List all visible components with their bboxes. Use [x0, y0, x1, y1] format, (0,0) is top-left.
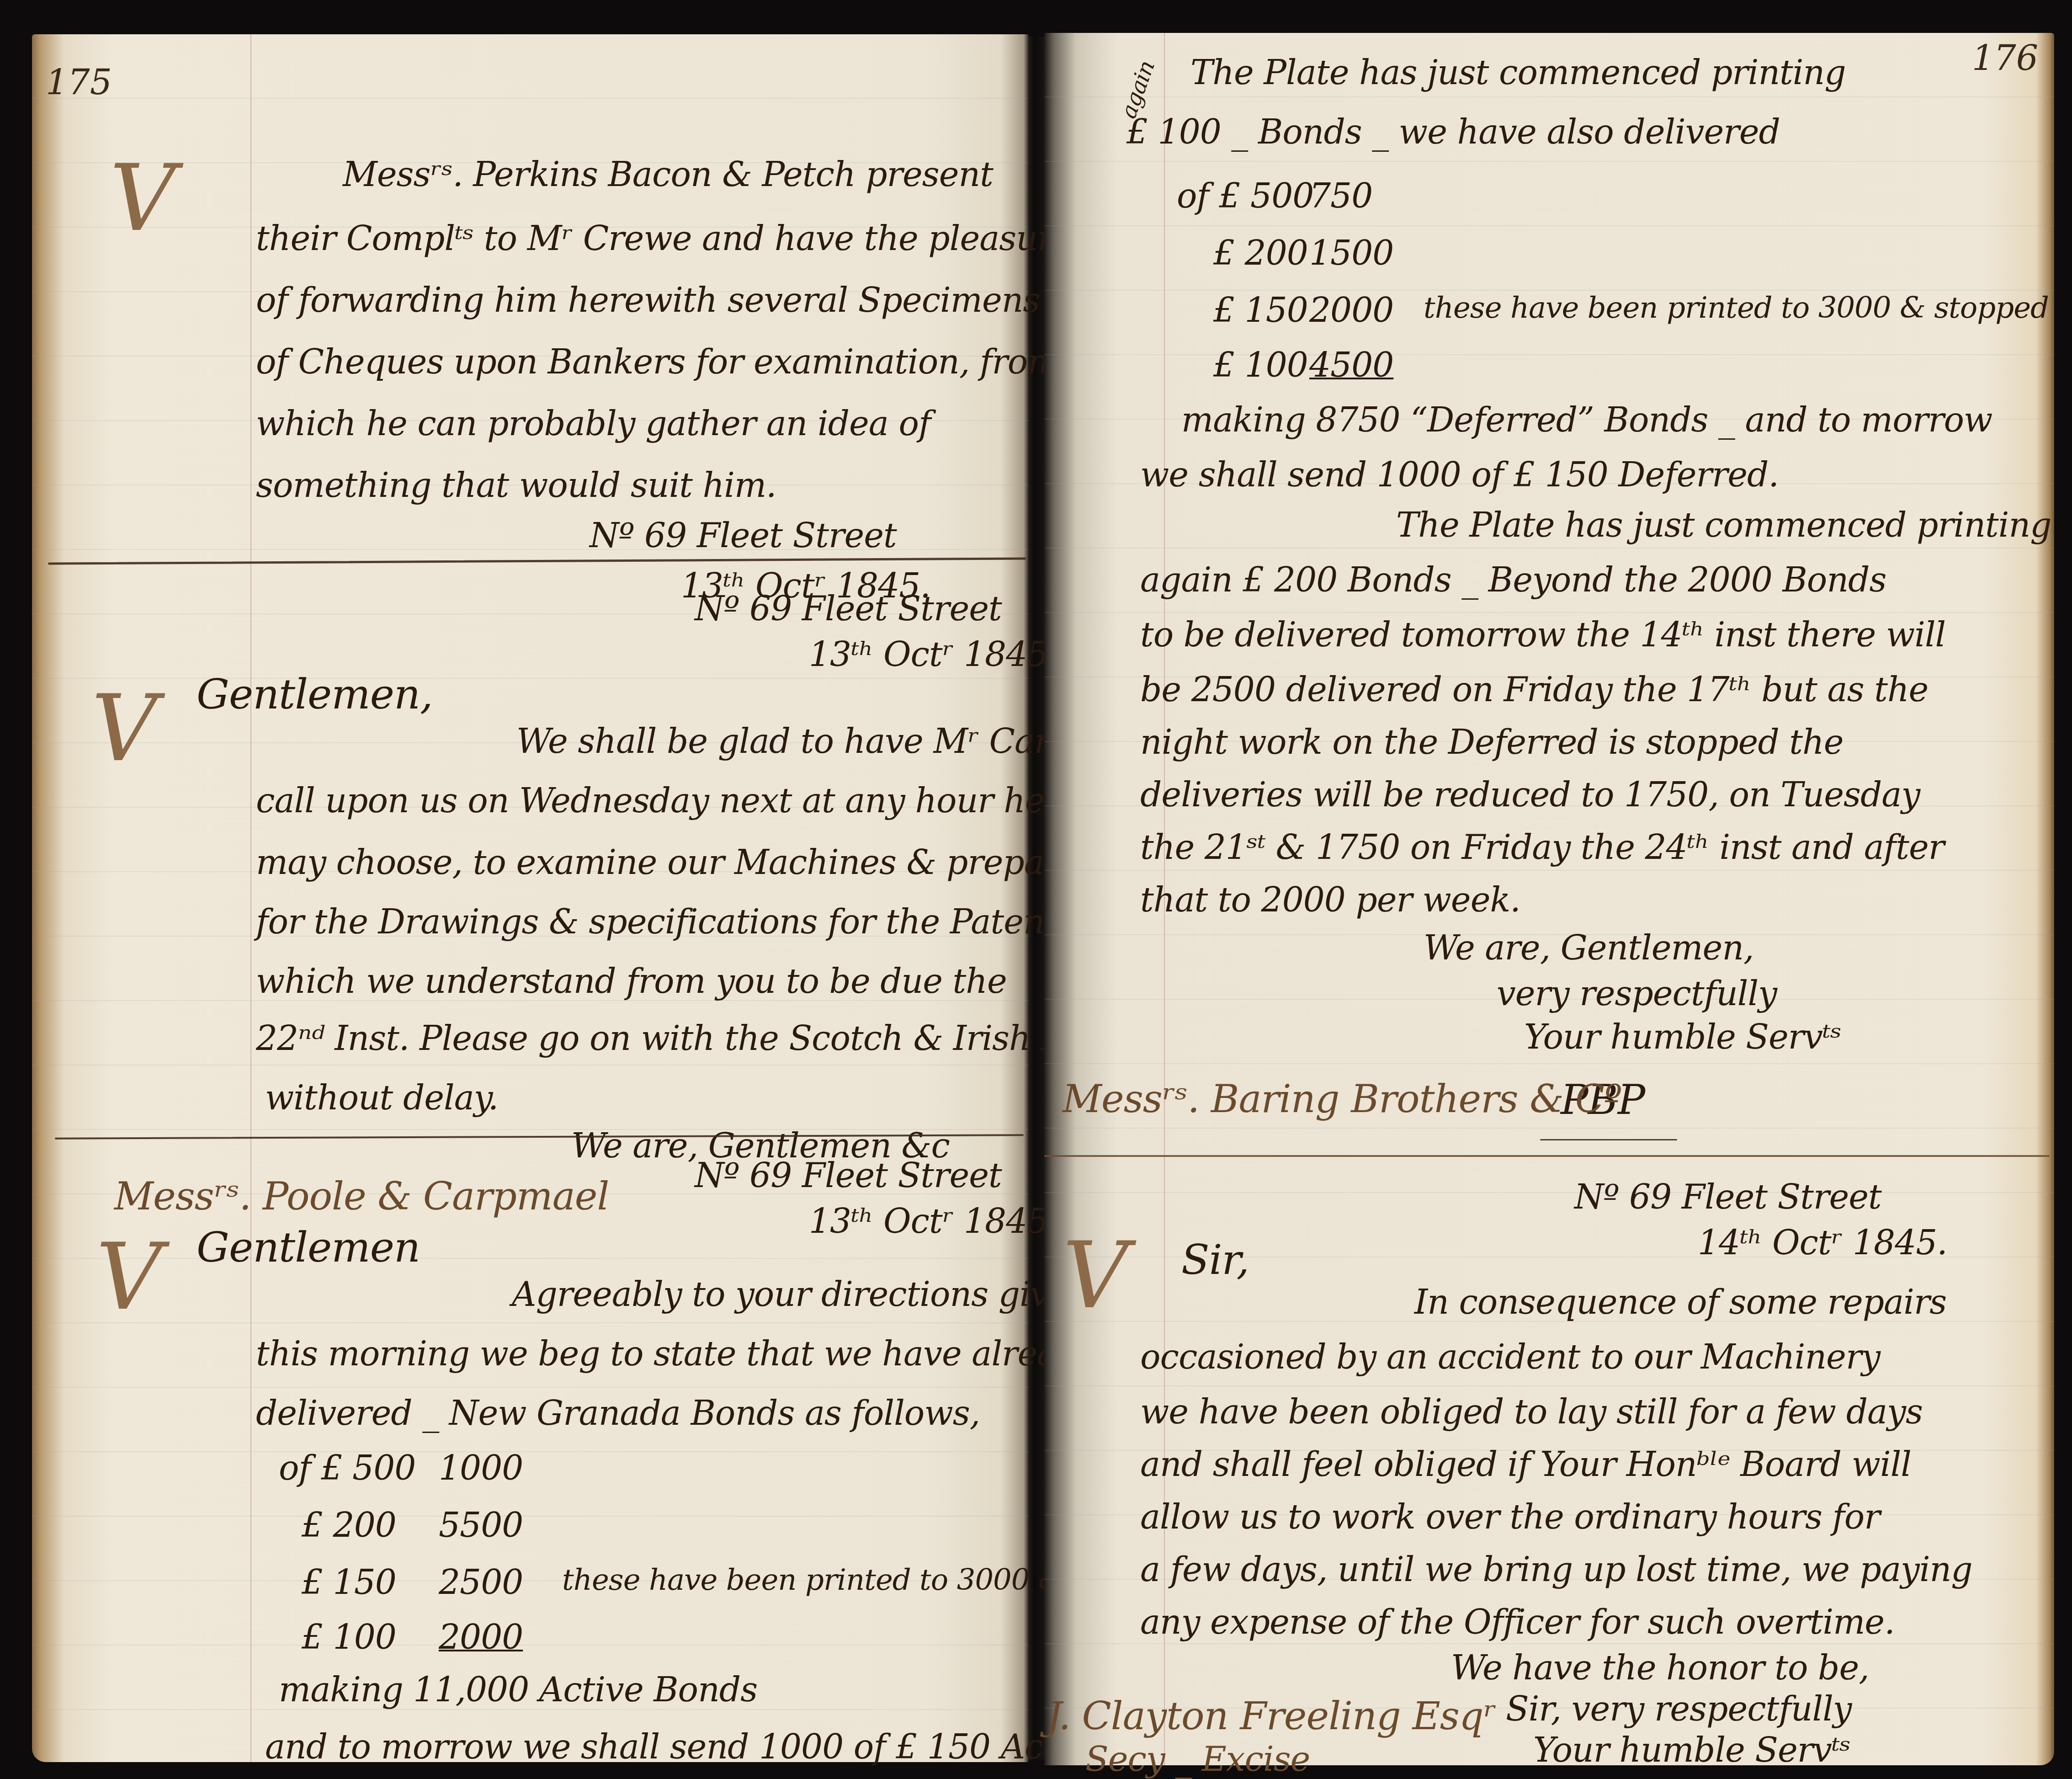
bond-count: 2000	[439, 1620, 523, 1654]
letter-date: 13ᵗʰ Octʳ 1845.	[809, 1204, 1058, 1238]
letter-line: we have been obliged to lay still for a …	[1140, 1395, 1923, 1429]
letter-closing: We are, Gentlemen,	[1424, 931, 1754, 965]
letter-addressee: Messʳˢ. Baring Brothers & Cº	[1063, 1080, 1621, 1118]
letter-closing: We have the honor to be,	[1451, 1651, 1869, 1685]
letter-line: and shall feel obliged if Your Honᵇˡᵉ Bo…	[1140, 1448, 1911, 1481]
letter-line: which he can probably gather an idea of	[256, 407, 930, 441]
letter-line: again £ 200 Bonds _ Beyond the 2000 Bond…	[1140, 563, 1886, 597]
bond-denomination: £ 150	[302, 1566, 396, 1599]
letter-line: without delay.	[265, 1081, 498, 1115]
letter-address: Nº 69 Fleet Street	[695, 1159, 1002, 1193]
letter-line: of forwarding him herewith several Speci…	[256, 283, 1040, 317]
letter-line: deliveries will be reduced to 1750, on T…	[1140, 778, 1920, 812]
letter-divider	[1044, 1155, 2050, 1157]
check-mark-icon: V	[91, 683, 157, 775]
letter-line: that to 2000 per week.	[1140, 883, 1520, 917]
bond-count: 5500	[439, 1508, 523, 1542]
bond-count: 1000	[439, 1451, 523, 1485]
letter-date: 14ᵗʰ Octʳ 1845.	[1698, 1226, 1947, 1260]
letter-address: Nº 69 Fleet Street	[1574, 1180, 1881, 1214]
letter-line: the 21ˢᵗ & 1750 on Friday the 24ᵗʰ inst …	[1140, 831, 1944, 864]
letter-line: something that would suit him.	[256, 469, 776, 502]
addressee-title: Secy _ Excise	[1085, 1742, 1310, 1776]
letter-closing: very respectfully	[1497, 977, 1777, 1011]
margin-note: again	[1117, 58, 1158, 121]
letter-line: Agreeably to your directions given	[512, 1278, 1089, 1311]
letter-addressee: Messʳˢ. Poole & Carpmael	[114, 1177, 609, 1215]
letter-address: Nº 69 Fleet Street	[590, 519, 897, 553]
bond-denomination: £ 100	[1213, 348, 1308, 382]
letter-line: night work on the Deferred is stopped th…	[1140, 725, 1843, 759]
letter-closing: Your humble Servᵗˢ	[1524, 1020, 1841, 1054]
letter-line: The Plate has just commenced printing	[1190, 56, 1846, 90]
bond-denomination: £ 200	[1213, 236, 1308, 270]
margin-rule	[250, 34, 251, 1762]
letter-closing: Sir, very respectfully	[1506, 1692, 1852, 1726]
bond-denomination: £ 150	[1213, 293, 1308, 327]
letter-closing: Your humble Servᵗˢ	[1533, 1733, 1850, 1767]
letter-salutation: Sir,	[1181, 1240, 1249, 1281]
letter-address: Nº 69 Fleet Street	[695, 592, 1002, 626]
signature-rule	[1540, 1139, 1677, 1140]
letter-line: Messʳˢ. Perkins Bacon & Petch present	[343, 158, 993, 192]
letter-date: 13ᵗʰ Octʳ 1845	[809, 638, 1048, 671]
bond-total: making 11,000 Active Bonds	[279, 1673, 757, 1707]
folio-number: 175	[46, 62, 112, 102]
bond-denomination: £ 200	[302, 1508, 396, 1542]
letter-line: we shall send 1000 of £ 150 Deferred.	[1140, 458, 1779, 492]
letter-line: for the Drawings & specifications for th…	[256, 905, 1074, 939]
check-mark-icon: V	[110, 153, 175, 245]
letter-line: of Cheques upon Bankers for examination,…	[256, 345, 1059, 379]
bond-count: 2000	[1309, 293, 1393, 327]
bond-count: 750	[1309, 179, 1372, 213]
bond-denomination: of £ 500	[279, 1451, 415, 1485]
letter-line: £ 100 _ Bonds _ we have also delivered	[1126, 115, 1780, 149]
letter-line: a few days, until we bring up lost time,…	[1140, 1553, 1972, 1587]
letter-line: which we understand from you to be due t…	[256, 964, 1007, 998]
letter-line: their Complᵗˢ to Mʳ Crewe and have the p…	[256, 222, 1073, 256]
letter-line: be 2500 delivered on Friday the 17ᵗʰ but…	[1140, 673, 1928, 707]
left-page: 175 V Messʳˢ. Perkins Bacon & Petch pres…	[32, 34, 1028, 1762]
letter-line: may choose, to examine our Machines & pr…	[256, 846, 1079, 879]
letter-line: 22ⁿᵈ Inst. Please go on with the Scotch …	[256, 1022, 1165, 1055]
check-mark-icon: V	[96, 1232, 162, 1323]
bond-note: these have been printed to 3000 & stoppe…	[1424, 293, 2049, 323]
bond-denomination: £ 100	[302, 1620, 396, 1654]
letter-line: allow us to work over the ordinary hours…	[1140, 1500, 1880, 1534]
letter-divider	[48, 557, 1026, 565]
letter-line: In consequence of some repairs	[1414, 1285, 1946, 1319]
letter-line: to be delivered tomorrow the 14ᵗʰ inst t…	[1140, 618, 1945, 652]
letter-line: delivered _ New Granada Bonds as follows…	[256, 1396, 980, 1430]
letter-line: occasioned by an accident to our Machine…	[1140, 1340, 1880, 1374]
check-mark-icon: V	[1063, 1230, 1128, 1322]
letter-addressee: J. Clayton Freeling Esqʳ	[1047, 1697, 1496, 1735]
bond-denomination: of £ 500	[1177, 179, 1313, 213]
letter-line: and to morrow we shall send 1000 of £ 15…	[265, 1730, 1105, 1764]
letter-salutation: Gentlemen,	[197, 674, 433, 715]
bond-count: 1500	[1309, 236, 1393, 270]
letter-line: The Plate has just commenced printing	[1396, 508, 2051, 542]
bond-count: 2500	[439, 1566, 523, 1599]
letter-line: making 8750 “Deferred” Bonds _ and to mo…	[1181, 403, 1992, 437]
right-page: 176 again The Plate has just commenced p…	[1044, 33, 2054, 1765]
bond-count: 4500	[1309, 348, 1393, 382]
letter-line: any expense of the Officer for such over…	[1140, 1605, 1895, 1639]
letter-salutation: Gentlemen	[197, 1227, 420, 1268]
letter-line: call upon us on Wednesday next at any ho…	[256, 784, 1045, 818]
letter-line: this morning we beg to state that we hav…	[256, 1337, 1097, 1371]
letter-book-spread: 175 V Messʳˢ. Perkins Bacon & Petch pres…	[0, 0, 2072, 1779]
folio-number: 176	[1972, 37, 2038, 78]
